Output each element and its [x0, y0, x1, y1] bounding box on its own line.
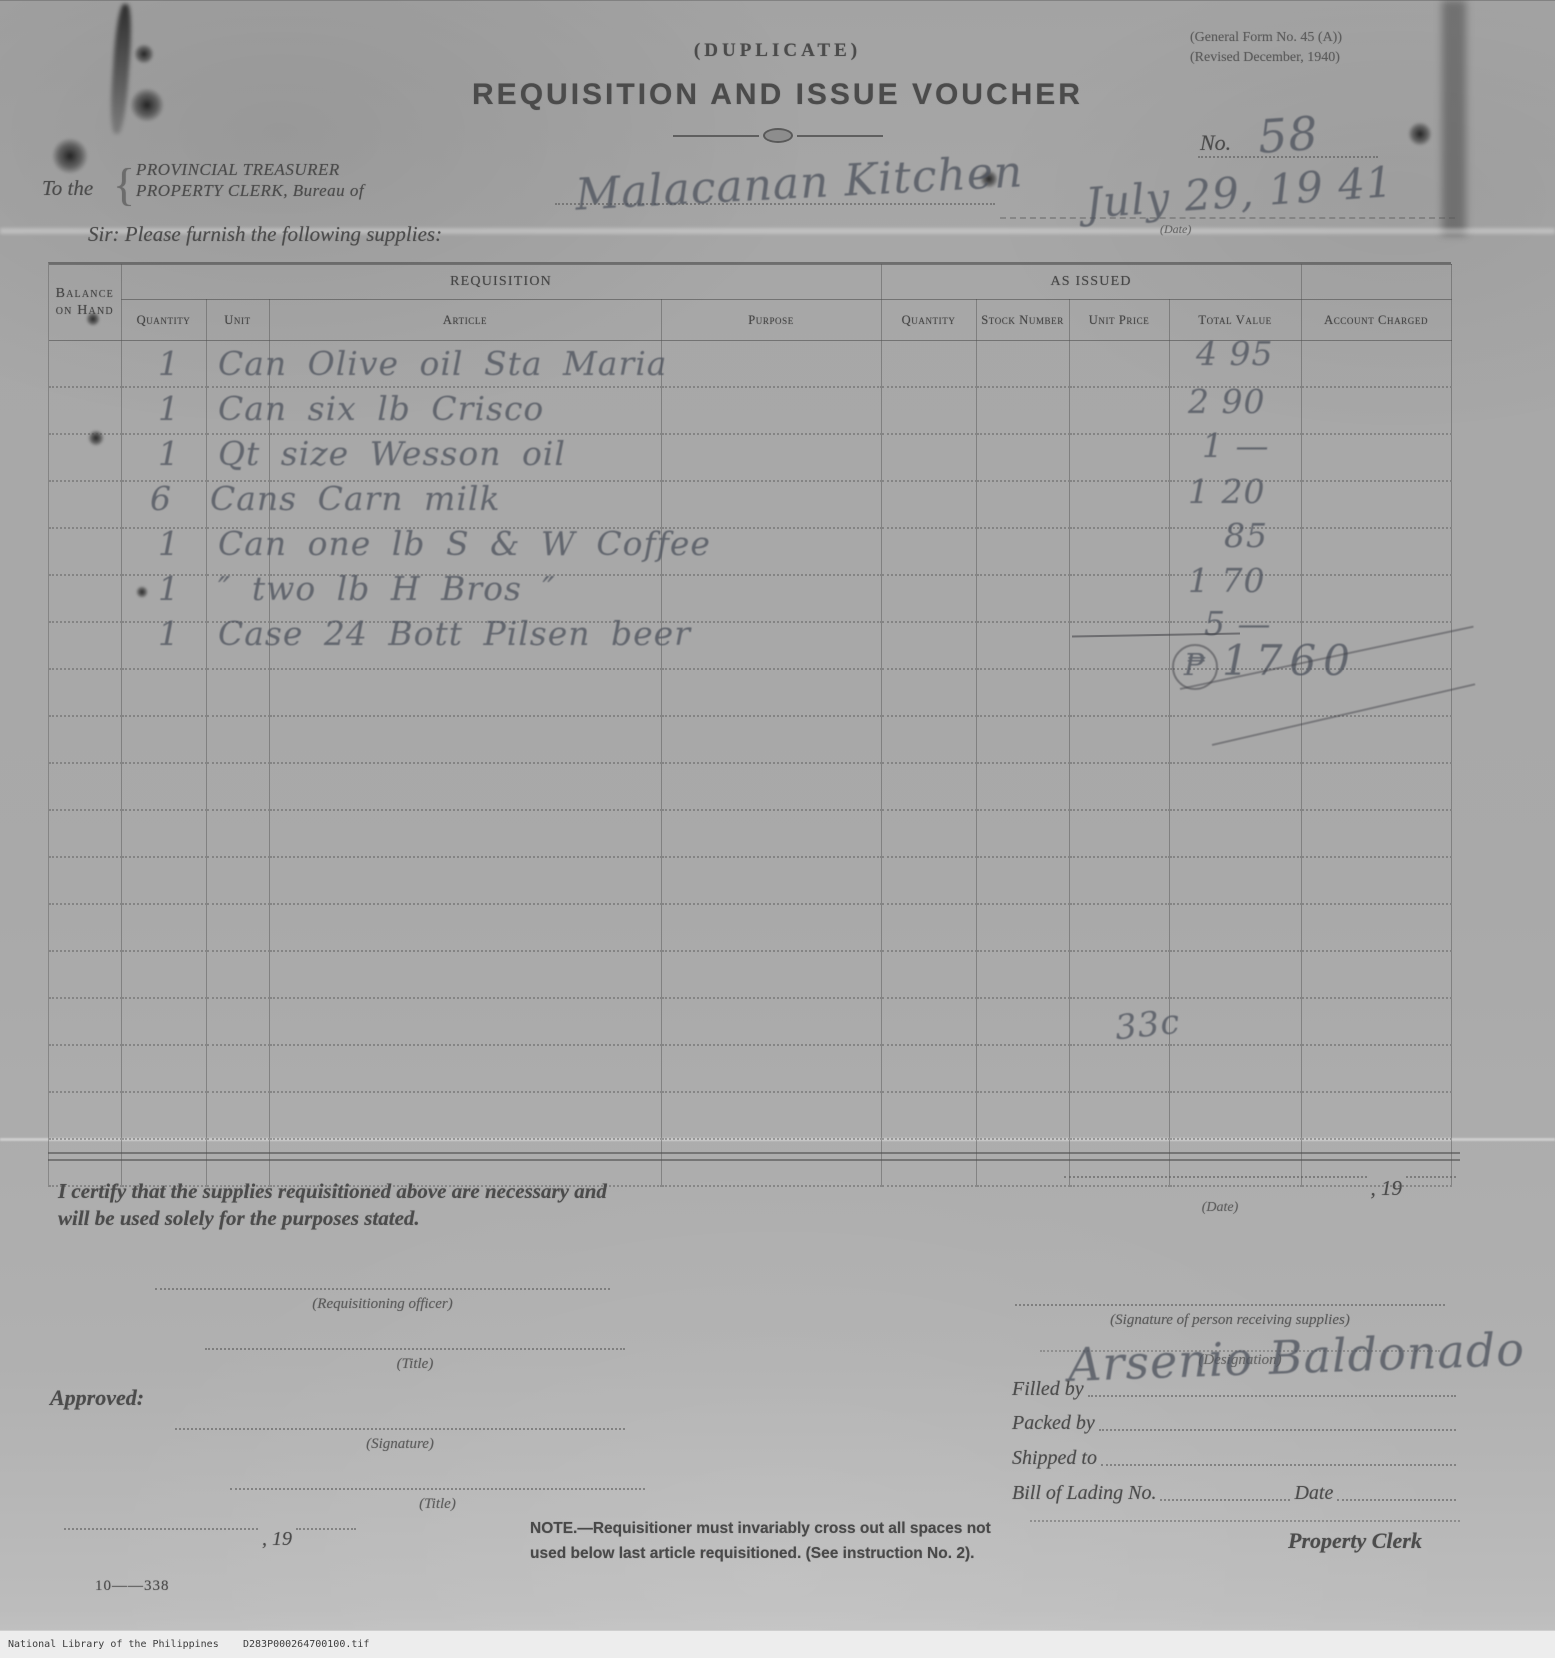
grid-row — [49, 810, 1451, 857]
header-rule — [0, 0, 1555, 1]
grid-row — [49, 951, 1451, 998]
requisitioning-officer-caption: (Requisitioning officer) — [155, 1296, 610, 1313]
entry-row: 1 Case 24 Bott Pilsen beer — [158, 611, 1108, 657]
ink-blot — [52, 138, 88, 174]
blank-line — [296, 1528, 356, 1530]
table-bottom-rule — [48, 1152, 1460, 1161]
table-group-header-row: Balance on Hand REQUISITION AS ISSUED — [49, 265, 1451, 300]
bill-of-lading-label: Bill of Lading No. — [1012, 1482, 1156, 1505]
entry-total-value: 4 95 — [1196, 334, 1273, 373]
bill-of-lading-row: Bill of Lading No. Date — [1012, 1482, 1460, 1505]
blank-line — [1064, 1176, 1367, 1178]
divider-line — [673, 135, 759, 137]
grid-row — [49, 1045, 1451, 1092]
entry-quantity: 1 — [158, 386, 180, 432]
form-code: 10——338 — [95, 1578, 170, 1595]
grand-total: ₱1760 — [1172, 636, 1357, 690]
blank-line — [64, 1528, 258, 1530]
col-header-unit-price: Unit Price — [1069, 300, 1169, 341]
grid-row — [49, 857, 1451, 904]
blank-line — [1337, 1499, 1456, 1501]
col-header-account-charged: Account Charged — [1301, 300, 1451, 341]
approval-date-line: , 19 — [60, 1528, 360, 1551]
issued-date-line: , 19 — [1060, 1176, 1460, 1201]
group-header-as-issued: AS ISSUED — [881, 265, 1301, 300]
scan-edge-shadow — [1442, 0, 1466, 235]
packed-by-label: Packed by — [1012, 1412, 1095, 1435]
entry-article: Can Olive oil Sta Maria — [218, 341, 667, 387]
title2-line — [230, 1488, 645, 1490]
signature-caption: (Signature) — [175, 1436, 625, 1453]
entry-total-value: 1 70 — [1188, 561, 1265, 600]
entry-article: Case 24 Bott Pilsen beer — [218, 611, 691, 657]
col-header-quantity: Quantity — [121, 300, 206, 341]
scan-footer: National Library of the Philippines D283… — [0, 1630, 1555, 1658]
group-header-requisition: REQUISITION — [121, 265, 881, 300]
divider-ornament — [763, 128, 793, 143]
grid-row — [49, 904, 1451, 951]
property-clerk-line — [1030, 1520, 1460, 1522]
entry-row: 1 Can one lb S & W Coffee — [158, 521, 1108, 567]
duplicate-label: (DUPLICATE) — [0, 40, 1555, 62]
to-the-label: To the — [42, 176, 93, 201]
col-header-purpose: Purpose — [661, 300, 881, 341]
col-header-article: Article — [269, 300, 661, 341]
grand-total-value: 1760 — [1222, 636, 1357, 685]
col-header-quantity-issued: Quantity — [881, 300, 976, 341]
grid-row — [49, 998, 1451, 1045]
scan-footer-filename: D283P000264700100.tif — [243, 1639, 369, 1650]
entry-total-value: 1 — — [1202, 426, 1270, 465]
approved-label: Approved: — [50, 1385, 144, 1411]
entry-quantity: 1 — [158, 611, 180, 657]
title-divider — [648, 128, 908, 143]
scanned-voucher-page: (General Form No. 45 (A)) (Revised Decem… — [0, 0, 1555, 1658]
pencil-note-33c: 33c — [1113, 1002, 1182, 1049]
account-charged-spacer — [1301, 265, 1451, 300]
blank-line — [1088, 1395, 1456, 1397]
entry-quantity: 1 — [158, 431, 180, 477]
title-line — [205, 1348, 625, 1350]
entry-row: 1 Qt size Wesson oil — [158, 431, 1058, 477]
entry-article: Can one lb S & W Coffee — [218, 521, 711, 567]
filled-by-label: Filled by — [1012, 1378, 1084, 1401]
entry-article: Cans Carn milk — [210, 476, 500, 522]
grid-row — [49, 716, 1451, 763]
voucher-number-label: No. — [1200, 130, 1231, 156]
grid-row — [49, 1092, 1451, 1139]
entry-quantity: 6 — [150, 476, 172, 522]
salutation: Sir: Please furnish the following suppli… — [88, 222, 442, 247]
note-text: NOTE.—Requisitioner must invariably cros… — [530, 1516, 1000, 1566]
entry-article: Qt size Wesson oil — [218, 431, 566, 477]
issued-date-caption: (Date) — [1150, 1200, 1290, 1216]
filled-by-row: Filled by — [1012, 1378, 1460, 1401]
entry-quantity: 1 — [158, 341, 180, 387]
entry-row: 1 ″ two lb H Bros ″ — [158, 566, 1058, 612]
form-title: REQUISITION AND ISSUE VOUCHER — [0, 78, 1555, 112]
property-clerk-label: Property Clerk — [1288, 1528, 1422, 1554]
title2-caption: (Title) — [230, 1496, 645, 1513]
title-caption: (Title) — [205, 1356, 625, 1373]
scan-footer-library: National Library of the Philippines — [8, 1639, 219, 1650]
entry-quantity: 1 — [158, 521, 180, 567]
shipped-to-row: Shipped to — [1012, 1447, 1460, 1470]
blank-line — [1101, 1464, 1456, 1466]
divider-line — [797, 135, 883, 137]
col-header-unit: Unit — [206, 300, 269, 341]
shipped-to-label: Shipped to — [1012, 1447, 1097, 1470]
date-caption: (Date) — [1160, 222, 1191, 237]
blank-line — [1406, 1176, 1456, 1178]
ink-blot — [1408, 122, 1432, 146]
requisitioning-officer-line — [155, 1288, 610, 1290]
bureau-handwritten-value: Malacanan Kitchen — [574, 146, 1024, 220]
entry-quantity: 1 — [158, 566, 180, 612]
date-year-suffix: , 19 — [262, 1528, 292, 1551]
blank-line — [1099, 1429, 1456, 1431]
receiving-signature-line — [1015, 1304, 1445, 1306]
certification-text: I certify that the supplies requisitione… — [58, 1178, 618, 1232]
entry-article: Can six lb Crisco — [218, 386, 544, 432]
entry-row: 1 Can Olive oil Sta Maria — [158, 341, 1058, 387]
col-header-stock-number: Stock Number — [976, 300, 1069, 341]
col-header-balance-on-hand: Balance on Hand — [49, 265, 121, 341]
entry-total-value: 1 20 — [1188, 472, 1265, 511]
grid-row — [49, 763, 1451, 810]
voucher-number-value: 58 — [1256, 106, 1320, 164]
entry-article: ″ two lb H Bros ″ — [218, 566, 556, 612]
address-brace: { — [113, 158, 135, 211]
signature-line — [175, 1428, 625, 1430]
entry-total-value: 2 90 — [1188, 382, 1265, 421]
entry-row: 6 Cans Carn milk — [150, 476, 1050, 522]
date-year-suffix: , 19 — [1371, 1176, 1403, 1201]
addressee-property-clerk: PROPERTY CLERK, Bureau of — [136, 181, 364, 201]
packed-by-row: Packed by — [1012, 1412, 1460, 1435]
ink-smear — [108, 4, 133, 135]
entry-row: 1 Can six lb Crisco — [158, 386, 1058, 432]
entry-total-value: 85 — [1224, 516, 1268, 555]
date-label: Date — [1294, 1482, 1333, 1505]
blank-line — [1160, 1499, 1290, 1501]
addressee-provincial-treasurer: PROVINCIAL TREASURER — [136, 160, 340, 180]
